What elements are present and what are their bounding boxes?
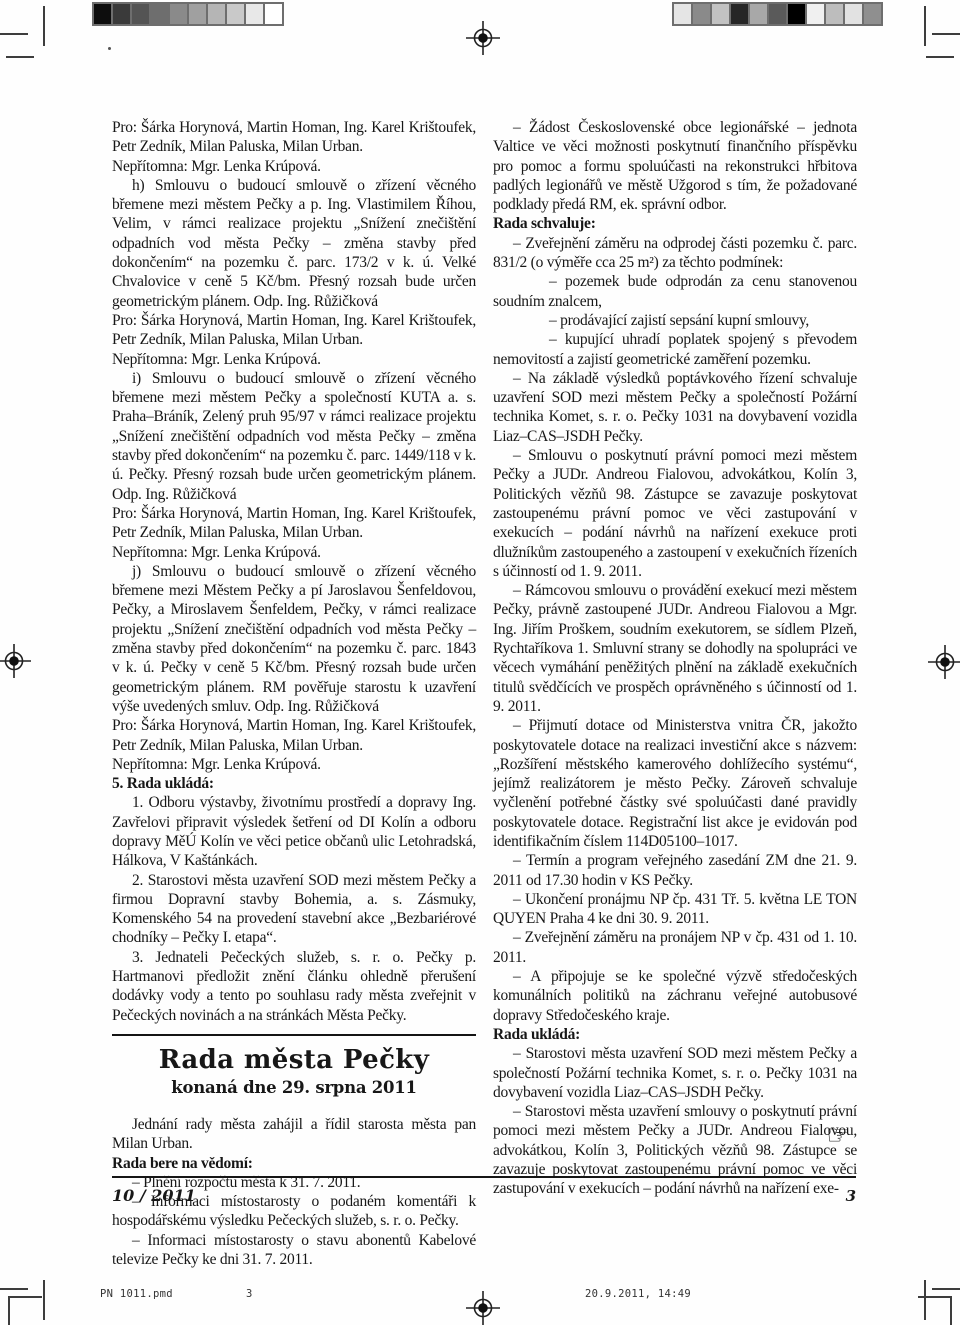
absence-note: Nepřítomna: Mgr. Lenka Krúpová. <box>112 350 476 369</box>
calibration-swatch <box>206 2 227 26</box>
list-item: 3. Jednateli Pečeckých služeb, s. r. o. … <box>112 948 476 1025</box>
registration-target-icon <box>466 21 500 55</box>
section-label: Rada schvaluje: <box>493 214 857 233</box>
list-item: – Ukončení pronájmu NP čp. 431 Tř. 5. kv… <box>493 890 857 929</box>
crop-mark <box>43 1280 45 1320</box>
list-item: – Zveřejnění záměru na pronájem NP v čp.… <box>493 928 857 967</box>
registration-target-icon <box>466 1291 500 1325</box>
absence-note: Nepřítomna: Mgr. Lenka Krúpová. <box>112 755 476 774</box>
voting-record: Pro: Šárka Horynová, Martin Homan, Ing. … <box>112 311 476 350</box>
registration-target-icon <box>928 645 960 679</box>
list-item: – Rámcovou smlouvu o provádění exekucí m… <box>493 581 857 716</box>
calibration-swatch <box>168 2 189 26</box>
crop-mark <box>924 1280 926 1320</box>
sub-list-item: – prodávající zajistí sepsání kupní smlo… <box>493 311 857 330</box>
list-item: – Starostovi města uzavření smlouvy o po… <box>493 1102 857 1198</box>
crop-mark <box>0 33 28 35</box>
crop-mark <box>932 33 960 35</box>
calibration-swatch <box>263 2 284 26</box>
list-item: – Informaci místostarosty o stavu abonen… <box>112 1231 476 1270</box>
list-item: – Přijmutí dotace od Ministerstva vnitra… <box>493 716 857 851</box>
list-item: – Na základě výsledků poptávkového řízen… <box>493 369 857 446</box>
section-label: 5. Rada ukládá: <box>112 774 476 793</box>
voting-record: Pro: Šárka Horynová, Martin Homan, Ing. … <box>112 504 476 543</box>
calibration-swatch <box>862 2 883 26</box>
sub-list-item: – pozemek bude odprodán za cenu stanoven… <box>493 272 857 311</box>
calibration-swatch <box>729 2 750 26</box>
left-column: Pro: Šárka Horynová, Martin Homan, Ing. … <box>112 118 476 1269</box>
calibration-swatch <box>843 2 864 26</box>
registration-target-icon <box>0 644 31 678</box>
section-label: Rada bere na vědomí: <box>112 1154 476 1173</box>
calibration-swatch <box>187 2 208 26</box>
calibration-swatch <box>691 2 712 26</box>
voting-record: Pro: Šárka Horynová, Martin Homan, Ing. … <box>112 118 476 157</box>
calibration-swatch <box>92 2 113 26</box>
right-column: – Žádost Československé obce legionářské… <box>493 118 857 1199</box>
list-item: 2. Starostovi města uzavření SOD mezi mě… <box>112 871 476 948</box>
calibration-bar-left <box>92 2 284 26</box>
crop-mark <box>0 1288 28 1290</box>
print-filename: PN 1011.pmd <box>100 1288 173 1300</box>
calibration-swatch <box>786 2 807 26</box>
continuation-hand-icon: ☞ <box>826 1120 850 1151</box>
calibration-swatch <box>149 2 170 26</box>
crop-mark <box>926 56 954 58</box>
resolution-item: h) Smlouvu o budoucí smlouvě o zřízení v… <box>112 176 476 311</box>
article-subheading: konaná dne 29. srpna 2011 <box>112 1078 476 1098</box>
print-page-number: 3 <box>246 1288 253 1300</box>
list-item: 1. Odboru výstavby, životnímu prostředí … <box>112 793 476 870</box>
section-divider <box>112 1034 476 1036</box>
article-heading: Rada města Pečky <box>112 1045 476 1075</box>
calibration-swatch <box>244 2 265 26</box>
section-label: Rada ukládá: <box>493 1025 857 1044</box>
calibration-bar-right <box>672 2 883 26</box>
calibration-swatch <box>225 2 246 26</box>
calibration-swatch <box>748 2 769 26</box>
crop-mark <box>918 1296 952 1298</box>
calibration-swatch <box>710 2 731 26</box>
list-item: – Starostovi města uzavření SOD mezi měs… <box>493 1044 857 1102</box>
footer-rule <box>112 1176 856 1178</box>
absence-note: Nepřítomna: Mgr. Lenka Krúpová. <box>112 543 476 562</box>
footer-page-number: 3 <box>820 1187 856 1205</box>
calibration-swatch <box>824 2 845 26</box>
ink-dot <box>108 47 111 50</box>
crop-mark <box>6 56 34 58</box>
calibration-swatch <box>767 2 788 26</box>
sub-list-item: – kupující uhradí poplatek spojený s pře… <box>493 330 857 369</box>
resolution-item: i) Smlouvu o budoucí smlouvě o zřízení v… <box>112 369 476 504</box>
paragraph: Jednání rady města zahájil a řídil staro… <box>112 1115 476 1154</box>
calibration-swatch <box>672 2 693 26</box>
list-item: – Termín a program veřejného zasedání ZM… <box>493 851 857 890</box>
list-item: – Zveřejnění záměru na odprodej části po… <box>493 234 857 273</box>
crop-mark <box>43 6 45 46</box>
crop-mark <box>932 1288 960 1290</box>
calibration-swatch <box>805 2 826 26</box>
list-item: – Žádost Československé obce legionářské… <box>493 118 857 214</box>
crop-mark <box>8 1296 42 1298</box>
resolution-item: j) Smlouvu o budoucí smlouvě o zřízení v… <box>112 562 476 716</box>
list-item: – A připojuje se ke společné výzvě střed… <box>493 967 857 1025</box>
list-item: – Smlouvu o poskytnutí právní pomoci mez… <box>493 446 857 581</box>
absence-note: Nepřítomna: Mgr. Lenka Krúpová. <box>112 157 476 176</box>
footer-issue-number: 10 / 2011 <box>112 1186 196 1205</box>
crop-mark <box>924 6 926 46</box>
print-timestamp: 20.9.2011, 14:49 <box>585 1288 691 1300</box>
scanned-newspaper-page: Pro: Šárka Horynová, Martin Homan, Ing. … <box>0 0 960 1325</box>
crop-mark <box>8 1296 10 1325</box>
calibration-swatch <box>130 2 151 26</box>
calibration-swatch <box>111 2 132 26</box>
crop-mark <box>950 1296 952 1325</box>
voting-record: Pro: Šárka Horynová, Martin Homan, Ing. … <box>112 716 476 755</box>
